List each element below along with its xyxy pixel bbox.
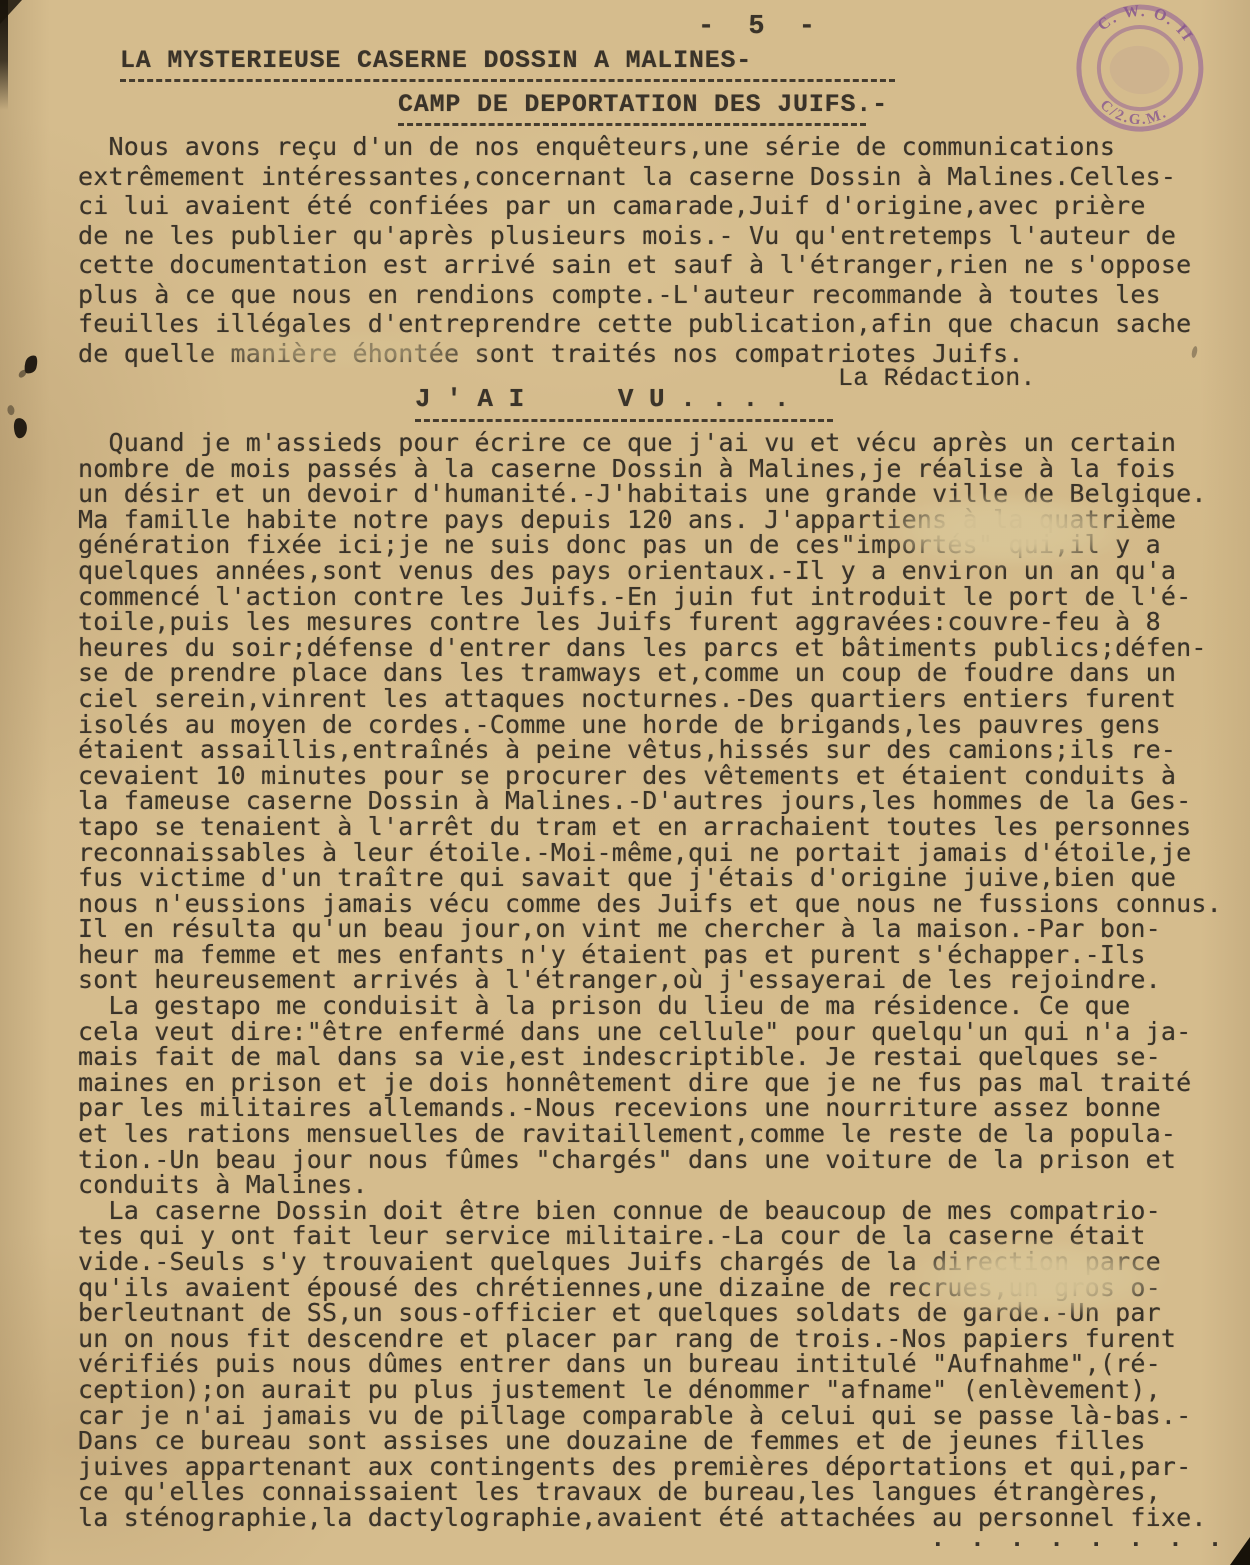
ink-speck <box>1191 346 1198 359</box>
document-title: LA MYSTERIEUSE CASERNE DOSSIN A MALINES- <box>120 46 895 82</box>
scan-corner-top-left <box>0 0 22 24</box>
section-heading: J ' A I V U . . . . <box>415 384 833 422</box>
scanned-document-page: - 5 - LA MYSTERIEUSE CASERNE DOSSIN A MA… <box>0 0 1250 1565</box>
document-subtitle: CAMP DE DEPORTATION DES JUIFS.- <box>398 90 866 126</box>
ink-blot <box>13 417 29 439</box>
page-number: - 5 - <box>698 12 824 42</box>
intro-paragraph: Nous avons reçu d'un de nos enquêteurs,u… <box>78 132 1191 368</box>
footer-dots: ........ <box>930 1524 1247 1554</box>
ink-blot <box>23 354 39 375</box>
signature: La Rédaction. <box>838 364 1036 393</box>
body-text: Quand je m'assieds pour écrire ce que j'… <box>78 430 1222 1531</box>
